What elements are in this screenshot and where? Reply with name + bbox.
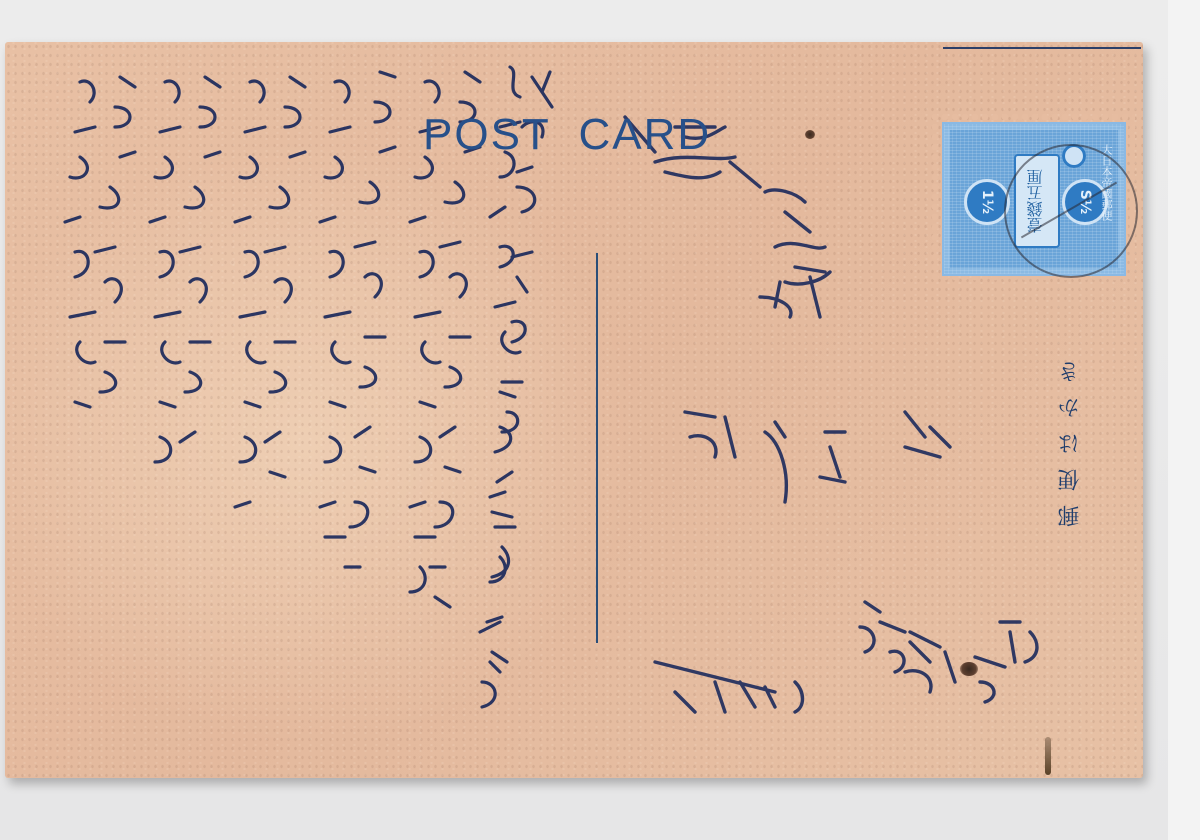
stamp-denomination-top: 1½ [964, 179, 1010, 225]
ink-blot [805, 130, 815, 139]
ink-blot [960, 662, 978, 676]
postage-stamp: 1½ 壹錢五厘 S½ 大日本帝國郵便 [930, 112, 1135, 284]
postmark-circle [1004, 144, 1138, 278]
edge-tear [1045, 737, 1051, 775]
message-handwriting [65, 67, 552, 707]
postcard: POST CARD 郵便はかき 1½ 壹錢五厘 S½ 大日本帝國郵便 Handw… [5, 42, 1143, 778]
post-card-heading: POST CARD [423, 110, 711, 160]
scanner-edge [1168, 0, 1200, 840]
stamp-design: 1½ 壹錢五厘 S½ 大日本帝國郵便 [942, 122, 1126, 276]
center-divider-line [596, 253, 598, 643]
postal-card-label: 郵便はかき [1055, 347, 1086, 527]
